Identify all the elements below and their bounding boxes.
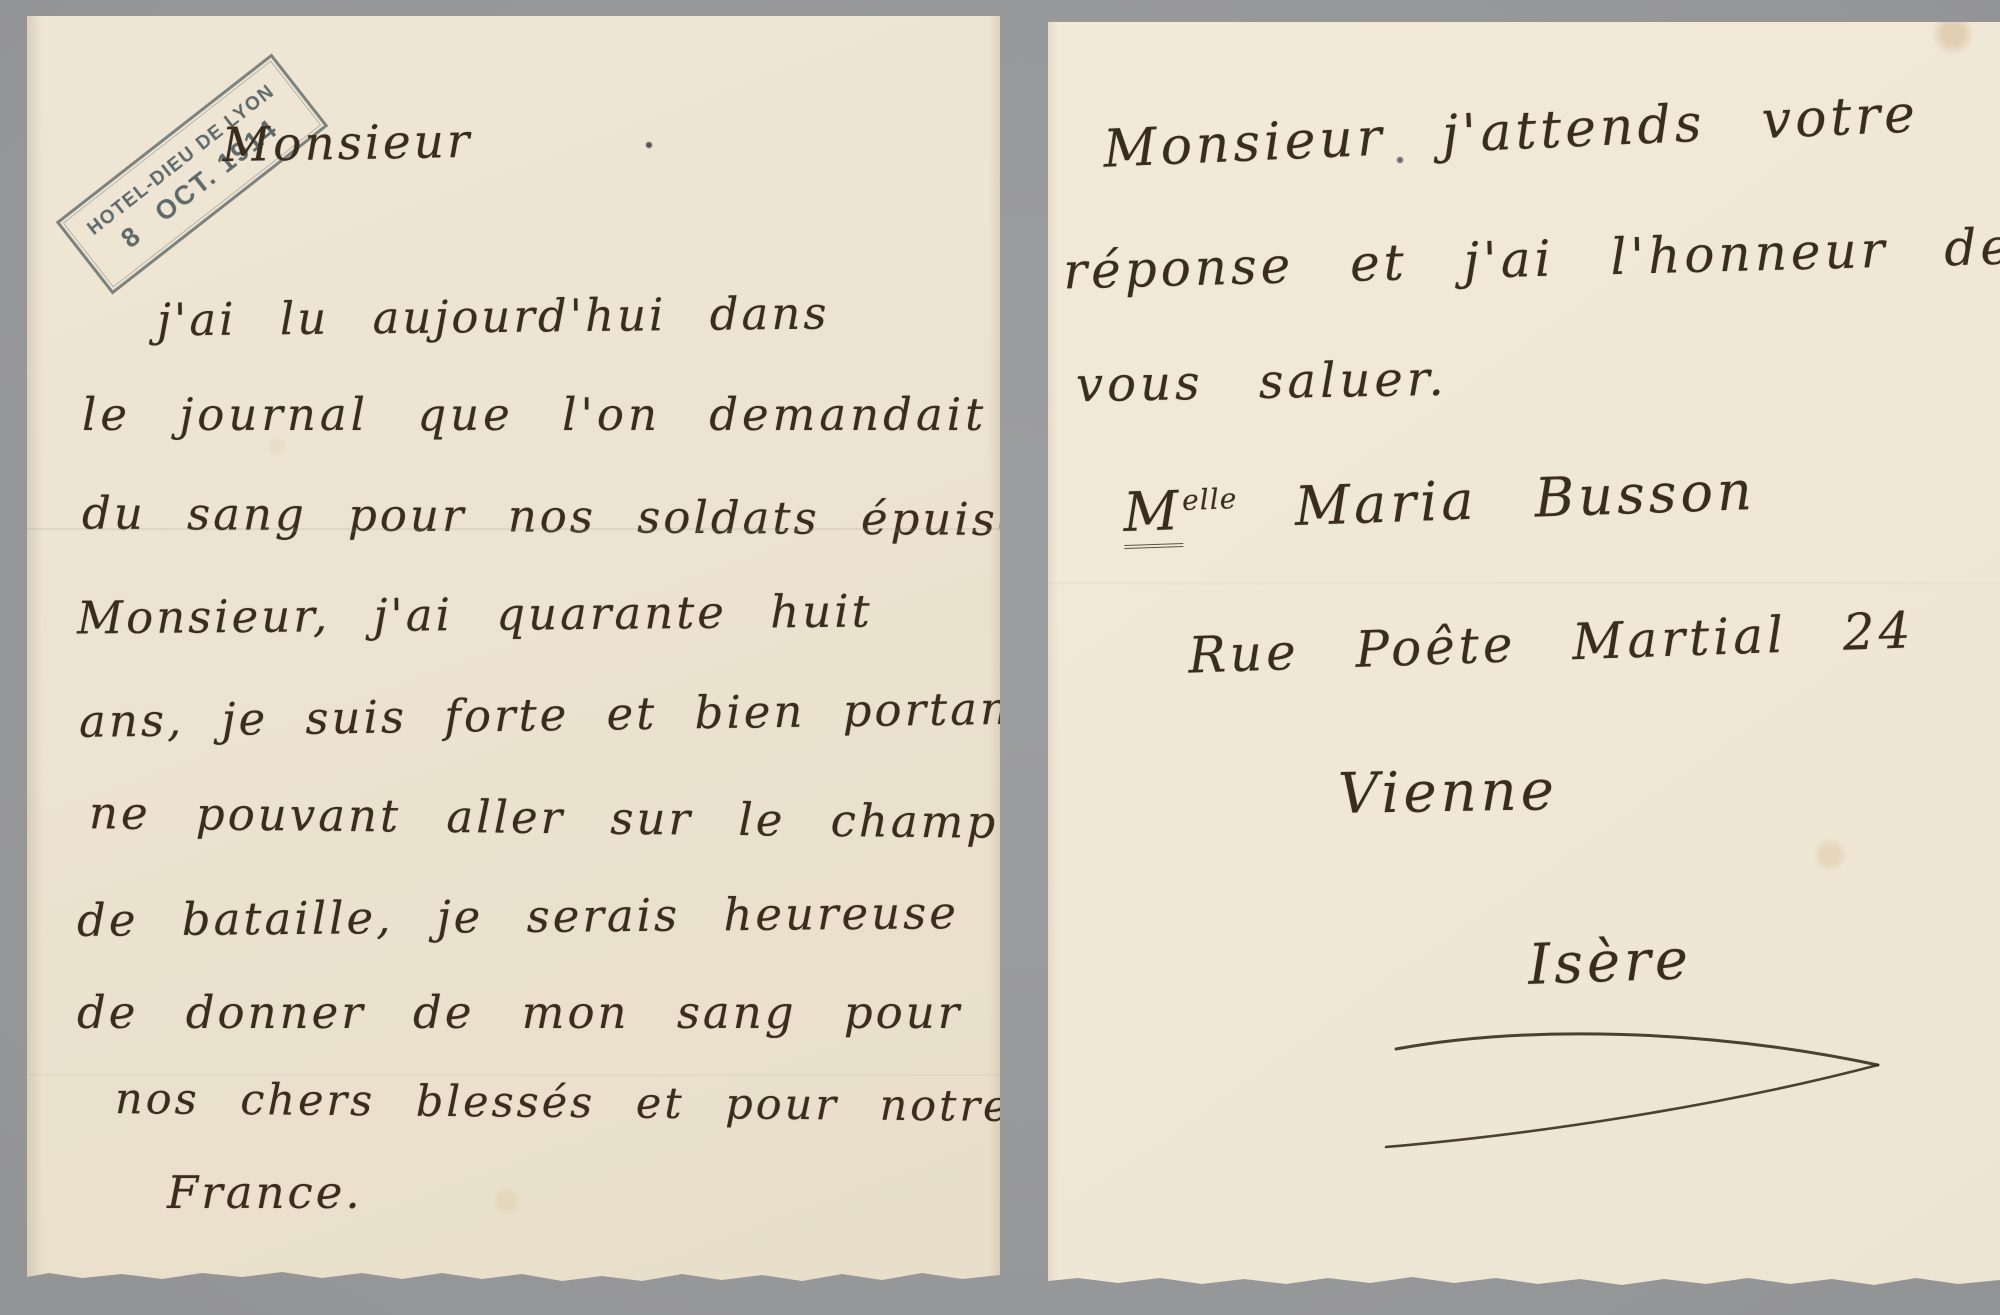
letter-page-left: HOTEL-DIEU DE LYON 8 OCT. 1914 Monsieur …: [27, 16, 1000, 1281]
handwritten-line: vous saluer.: [1076, 351, 1449, 413]
signature-name: Maria Busson: [1294, 459, 1757, 538]
salutation-line: Monsieur: [222, 114, 473, 173]
signature-title-superscript: elle: [1182, 482, 1238, 517]
handwritten-line: ne pouvant aller sur le champ: [89, 786, 999, 849]
stamp-day: 8: [115, 220, 148, 255]
handwritten-line: du sang pour nos soldats épuisés.: [82, 487, 1071, 547]
photograph-background: HOTEL-DIEU DE LYON 8 OCT. 1914 Monsieur …: [0, 0, 2000, 1315]
letter-page-right: Monsieur j'attends votre réponse et j'ai…: [1048, 22, 2000, 1285]
signature-line: Melle Maria Busson: [1122, 459, 1757, 544]
closing-word-line: France.: [167, 1166, 363, 1219]
handwritten-line: réponse et j'ai l'honneur de: [1062, 218, 2000, 301]
handwritten-line: le journal que l'on demandait: [82, 388, 987, 441]
city-line: Vienne: [1337, 758, 1558, 827]
handwritten-line: Monsieur j'attends votre: [1102, 84, 1920, 180]
paper-crease: [1048, 582, 2000, 586]
handwritten-line: j'ai lu aujourd'hui dans: [157, 286, 830, 346]
date-stamp: HOTEL-DIEU DE LYON 8 OCT. 1914: [56, 53, 329, 294]
department-line: Isère: [1527, 927, 1693, 998]
address-line: Rue Poête Martial 24: [1187, 601, 1915, 684]
handwritten-line: de bataille, je serais heureuse: [77, 886, 959, 947]
handwritten-line: de donner de mon sang pour: [77, 986, 962, 1039]
handwritten-line: Monsieur, j'ai quarante huit: [77, 585, 873, 645]
handwritten-line: nos chers blessés et pour notre: [115, 1074, 1012, 1132]
handwritten-line: ans, je suis forte et bien portante: [79, 681, 1063, 748]
signature-title-prefix: M: [1122, 479, 1184, 549]
signature-flourish: [1378, 1007, 1898, 1177]
